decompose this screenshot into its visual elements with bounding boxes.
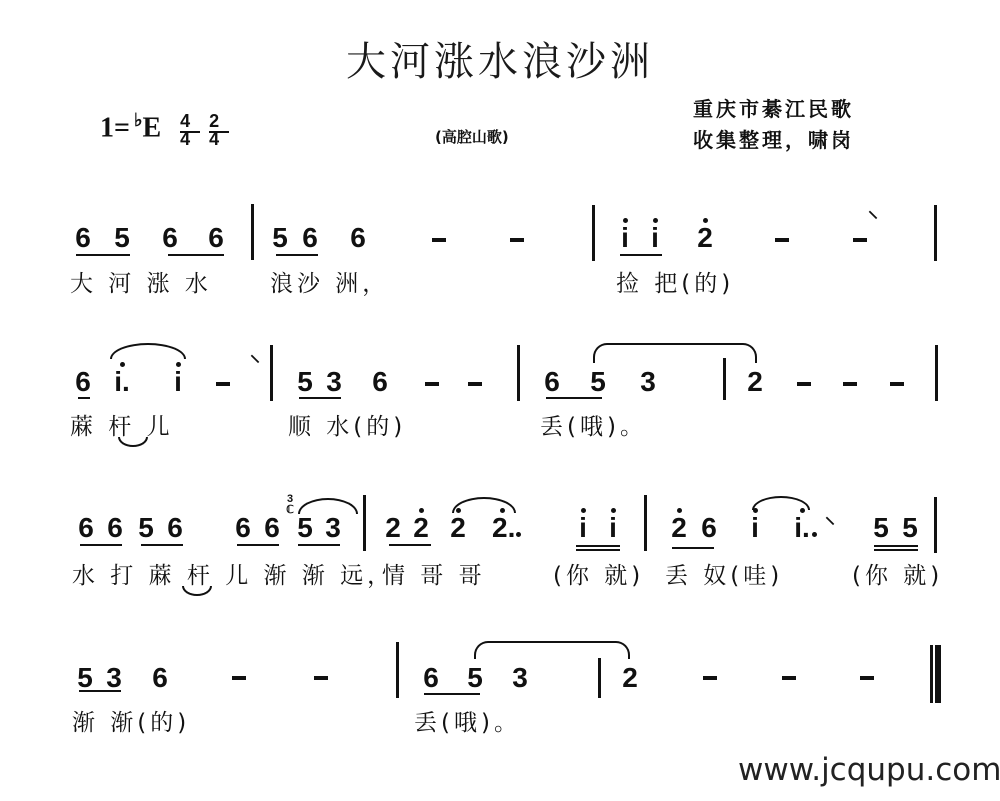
- watermark: www.jcqupu.com: [738, 752, 1000, 788]
- note: 5: [871, 512, 891, 544]
- slur: [474, 641, 630, 659]
- breath-mark-icon: ⸜: [825, 502, 835, 529]
- breath-mark-icon: ⸜: [868, 196, 878, 223]
- beam: [79, 690, 121, 692]
- beam: [76, 254, 130, 256]
- note-high: i: [603, 512, 623, 544]
- note-high: i.: [112, 366, 132, 398]
- extension-dash: [510, 238, 524, 242]
- note: 6: [105, 512, 125, 544]
- lyric: 情 哥 哥: [382, 557, 486, 590]
- note: 5: [295, 512, 315, 544]
- slur-under: [182, 586, 212, 596]
- note: 2: [745, 366, 765, 398]
- barline: [363, 495, 366, 551]
- note: 6: [300, 222, 320, 254]
- key-signature: 1=♭E 4 4 2 4: [100, 112, 219, 148]
- time-sig-top: 4: [180, 112, 190, 130]
- song-title: 大河涨水浪沙洲: [0, 30, 1000, 87]
- note-high: 2: [695, 222, 715, 254]
- slur: [110, 343, 186, 359]
- barline: [935, 345, 938, 401]
- extension-dash: [782, 676, 796, 680]
- note: 6: [370, 366, 390, 398]
- note-high: 2: [411, 512, 431, 544]
- note: 6: [348, 222, 368, 254]
- barline: [598, 658, 601, 698]
- beam: [141, 544, 183, 546]
- grace-note: 3 ℂ: [285, 494, 295, 516]
- extension-dash: [860, 676, 874, 680]
- beam: [237, 544, 279, 546]
- note: 6: [262, 512, 282, 544]
- extension-dash: [468, 382, 482, 386]
- beam: [672, 547, 714, 549]
- grace-bottom: ℂ: [285, 505, 295, 516]
- final-barline-thin: [930, 645, 933, 703]
- note-high: i: [168, 366, 188, 398]
- extension-dash: [853, 238, 867, 242]
- extension-dash: [775, 238, 789, 242]
- note: 5: [588, 366, 608, 398]
- beam: [874, 545, 918, 547]
- beam: [389, 544, 431, 546]
- note: 6: [233, 512, 253, 544]
- beam: [546, 397, 602, 399]
- extension-dash: [843, 382, 857, 386]
- credits: 重庆市綦江民歌 收集整理，啸岗: [693, 94, 854, 156]
- note: 2: [620, 662, 640, 694]
- beam: [576, 549, 620, 551]
- beam: [168, 254, 224, 256]
- lyric: 顺 水(的): [288, 408, 406, 441]
- credit-line-2: 收集整理，啸岗: [693, 125, 854, 156]
- extension-dash: [232, 676, 246, 680]
- lyric: (你 就): [852, 557, 943, 590]
- beam: [298, 544, 340, 546]
- note: 6: [76, 512, 96, 544]
- lyric: 渐 渐(的): [72, 704, 190, 737]
- key-label: 1=: [100, 112, 130, 143]
- lyric: 捡 把(的): [616, 265, 734, 298]
- barline: [723, 358, 726, 400]
- lyric: 丢 奴(哇): [665, 557, 783, 590]
- time-signature-2-4: 2 4: [209, 112, 219, 148]
- extension-dash: [703, 676, 717, 680]
- note: 3: [510, 662, 530, 694]
- barline: [934, 205, 937, 261]
- extension-dash: [314, 676, 328, 680]
- note: 6: [206, 222, 226, 254]
- lyric: 浪沙 洲，: [270, 265, 389, 298]
- lyric: (你 就): [553, 557, 644, 590]
- note: 6: [421, 662, 441, 694]
- flat-symbol-icon: ♭: [134, 110, 143, 130]
- note: 5: [112, 222, 132, 254]
- note: 6: [699, 512, 719, 544]
- note: 6: [150, 662, 170, 694]
- note-high: 2: [448, 512, 468, 544]
- extension-dash: [425, 382, 439, 386]
- note: 6: [160, 222, 180, 254]
- barline: [592, 205, 595, 261]
- extension-dash: [890, 382, 904, 386]
- note: 6: [542, 366, 562, 398]
- key-note: E: [142, 112, 161, 143]
- note: 6: [73, 366, 93, 398]
- beam: [78, 397, 90, 399]
- lyric: 丢(哦)。: [414, 704, 521, 737]
- beam: [620, 254, 662, 256]
- note-high: i: [645, 222, 665, 254]
- note-high: 2: [669, 512, 689, 544]
- barline: [517, 345, 520, 401]
- beam: [276, 254, 318, 256]
- barline: [396, 642, 399, 698]
- lyric: 大 河 涨 水: [70, 265, 212, 298]
- augmentation-dot: [812, 532, 817, 537]
- beam: [874, 549, 918, 551]
- note-high: 2.: [492, 512, 512, 544]
- credit-line-1: 重庆市綦江民歌: [693, 94, 854, 125]
- note: 5: [136, 512, 156, 544]
- genre-subtitle: (高腔山歌): [435, 126, 509, 147]
- note-high: i: [573, 512, 593, 544]
- extension-dash: [797, 382, 811, 386]
- beam: [80, 544, 122, 546]
- extension-dash: [216, 382, 230, 386]
- final-barline-thick: [935, 645, 941, 703]
- note: 5: [295, 366, 315, 398]
- note: 6: [165, 512, 185, 544]
- slur-under: [118, 437, 148, 447]
- lyric: 水 打 蔴 杆 儿 渐 渐 远，: [72, 557, 394, 590]
- time-signature-4-4: 4 4: [180, 112, 190, 148]
- note: 5: [270, 222, 290, 254]
- note-high: i.: [792, 512, 812, 544]
- breath-mark-icon: ⸜: [250, 340, 260, 367]
- slur: [452, 497, 516, 513]
- barline: [934, 497, 937, 553]
- note: 6: [73, 222, 93, 254]
- note: 3: [324, 366, 344, 398]
- barline: [270, 345, 273, 401]
- note: 5: [900, 512, 920, 544]
- beam: [576, 545, 620, 547]
- slur: [593, 343, 757, 363]
- barline: [644, 495, 647, 551]
- augmentation-dot: [516, 532, 521, 537]
- barline: [251, 204, 254, 260]
- note: 5: [465, 662, 485, 694]
- beam: [299, 397, 341, 399]
- time-sig-top: 2: [209, 112, 219, 130]
- note: 2: [383, 512, 403, 544]
- note-high: i: [615, 222, 635, 254]
- note-high: i: [745, 512, 765, 544]
- note: 3: [323, 512, 343, 544]
- beam: [424, 693, 480, 695]
- note: 3: [638, 366, 658, 398]
- lyric: 丢(哦)。: [540, 408, 647, 441]
- extension-dash: [432, 238, 446, 242]
